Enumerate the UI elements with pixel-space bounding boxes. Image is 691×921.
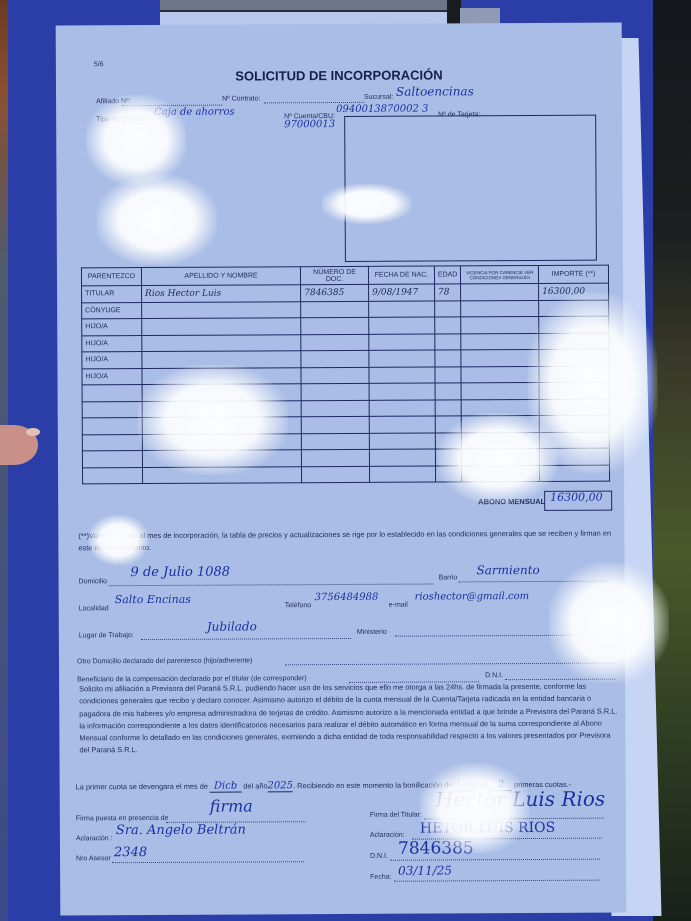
cell-vigencia[interactable] <box>461 366 539 383</box>
fingernail <box>26 428 40 436</box>
clipboard-clip <box>160 0 450 12</box>
titular-label: Firma del Titular: <box>370 812 422 819</box>
col-fecha-nac: FECHA DE NAC. <box>368 266 434 284</box>
presencia-signature[interactable]: firma <box>210 796 253 815</box>
cell-parentezco <box>82 434 142 451</box>
cell-doc[interactable] <box>301 317 369 334</box>
fecha-label: Fecha: <box>370 874 391 881</box>
ministerio-field[interactable] <box>395 635 615 637</box>
presencia-label: Firma puesta en presencia de <box>76 815 169 822</box>
cell-importe[interactable] <box>540 465 610 482</box>
cell-doc[interactable] <box>301 301 369 318</box>
cell-fecha-nac[interactable] <box>369 383 435 400</box>
telefono-label: Teléfono <box>285 602 312 609</box>
cell-fecha-nac[interactable] <box>369 350 435 367</box>
email-label: e-mail <box>389 602 408 609</box>
cell-fecha-nac[interactable] <box>369 400 435 417</box>
localidad-value[interactable]: Salto Encinas <box>115 593 191 606</box>
cell-fecha-nac[interactable] <box>369 466 435 483</box>
ministerio-label: Ministerio <box>357 629 387 636</box>
titular-dni-value[interactable]: 7846385 <box>398 838 474 858</box>
titular-dni-label: D.N.I. <box>370 853 388 860</box>
beneficiario-dni-label: D.N.I. <box>485 672 503 679</box>
cell-doc[interactable] <box>301 367 369 384</box>
aclaracion-asesor-label: Aclaración : <box>76 835 113 842</box>
cell-importe[interactable] <box>539 316 609 333</box>
cell-nombre[interactable] <box>142 433 301 450</box>
cell-vigencia[interactable] <box>461 300 539 317</box>
cell-importe[interactable] <box>539 415 609 432</box>
cell-doc[interactable] <box>301 334 369 351</box>
cell-parentezco: HIJO/A <box>82 352 142 369</box>
fecha-line <box>394 880 600 882</box>
cell-vigencia[interactable] <box>461 283 539 300</box>
legal-text: Solicito mi afiliación a Previsora del P… <box>79 681 619 758</box>
table-row <box>82 465 609 484</box>
cell-parentezco: CÓNYUGE <box>82 302 142 319</box>
price-note: (**)Valor referente al mes de incorporac… <box>78 528 618 555</box>
asesor-value[interactable]: 2348 <box>114 845 147 860</box>
cell-nombre[interactable] <box>142 301 301 318</box>
cell-importe[interactable] <box>539 366 609 383</box>
cell-doc[interactable] <box>301 416 369 433</box>
cell-fecha-nac[interactable] <box>369 416 435 433</box>
cell-nombre[interactable] <box>142 367 301 384</box>
cell-importe[interactable] <box>539 333 609 350</box>
trabajo-value[interactable]: Jubilado <box>207 619 257 633</box>
cell-fecha-nac[interactable]: 9/08/1947 <box>369 284 435 301</box>
cell-parentezco: HIJO/A <box>82 335 142 352</box>
cell-parentezco: HIJO/A <box>82 319 142 336</box>
domicilio-value[interactable]: 9 de Julio 1088 <box>131 565 231 581</box>
cell-importe[interactable]: 16300,00 <box>539 283 609 300</box>
cell-nombre[interactable] <box>142 318 301 335</box>
otro-domicilio-field[interactable] <box>285 663 615 666</box>
cell-nombre[interactable] <box>142 450 301 467</box>
trabajo-line <box>141 638 351 640</box>
cell-nombre[interactable] <box>142 384 301 401</box>
otro-domicilio-label: Otro Domicilio declarado del parentesco … <box>77 657 253 665</box>
cell-edad[interactable] <box>435 366 462 383</box>
titular-dni-line <box>390 859 600 861</box>
card-photo-box <box>344 115 597 262</box>
cell-importe[interactable] <box>539 399 609 416</box>
cell-importe[interactable] <box>539 432 609 449</box>
year-label: del año <box>243 781 267 790</box>
domicilio-label: Domicilio <box>79 578 107 585</box>
cell-parentezco <box>82 418 142 435</box>
first-payment-mid: . Recibiendo en este momento la bonifica… <box>293 780 454 790</box>
cell-vigencia[interactable] <box>461 333 539 350</box>
domicilio-line <box>109 584 434 587</box>
cell-edad[interactable] <box>435 383 462 400</box>
asesor-label: Nro Asesor <box>76 855 111 862</box>
cell-fecha-nac[interactable] <box>369 301 435 318</box>
cell-doc[interactable] <box>302 449 370 466</box>
cell-vigencia[interactable] <box>462 399 540 416</box>
cell-edad[interactable] <box>435 449 462 466</box>
cell-parentezco <box>82 385 142 402</box>
cell-parentezco: HIJO/A <box>82 368 142 385</box>
cuenta-value-line2[interactable]: 97000013 <box>284 119 335 130</box>
cell-nombre[interactable] <box>142 466 301 483</box>
form-title: SOLICITUD DE INCORPORACIÓN <box>56 67 622 85</box>
cell-doc[interactable] <box>301 433 369 450</box>
cell-vigencia[interactable] <box>462 465 540 482</box>
tipo-cuenta-label: Tipo de Cuenta: <box>96 116 146 123</box>
cell-parentezco <box>82 467 142 484</box>
abono-value[interactable]: 16300,00 <box>550 491 603 504</box>
contrato-label: Nº Contrato: <box>222 95 260 102</box>
cell-edad[interactable] <box>435 399 462 416</box>
cell-nombre[interactable] <box>142 351 301 368</box>
cell-nombre[interactable] <box>142 400 301 417</box>
cell-doc[interactable] <box>301 350 369 367</box>
cell-edad[interactable] <box>435 317 462 334</box>
cell-nombre[interactable] <box>142 417 301 434</box>
cell-parentezco <box>82 451 142 468</box>
col-importe: IMPORTE (**) <box>539 265 609 283</box>
aclaracion-asesor-value[interactable]: Sra. Angelo Beltrán <box>116 823 246 839</box>
email-value[interactable]: rioshector@gmail.com <box>415 591 529 603</box>
cell-edad[interactable] <box>435 465 462 482</box>
tipo-cuenta-value[interactable]: Caja de ahorros <box>154 107 235 118</box>
cell-edad[interactable] <box>435 350 462 367</box>
cell-doc[interactable] <box>301 400 369 417</box>
cell-fecha-nac[interactable] <box>369 433 435 450</box>
col-edad: EDAD <box>434 266 461 284</box>
cell-doc[interactable] <box>302 466 370 483</box>
titular-signature[interactable]: Hector Luis Rios <box>436 787 606 812</box>
barrio-value[interactable]: Sarmiento <box>476 563 539 577</box>
barrio-line <box>459 581 609 583</box>
col-nombre: APELLIDO Y NOMBRE <box>141 267 300 286</box>
cell-fecha-nac[interactable] <box>369 367 435 384</box>
page-number: 5/6 <box>94 61 104 68</box>
first-payment-prefix: La primer cuota se devengara el mes de <box>76 782 208 792</box>
first-payment-month[interactable]: Dicb <box>210 781 241 793</box>
cell-doc[interactable]: 7846385 <box>301 284 369 301</box>
cell-fecha-nac[interactable] <box>369 334 435 351</box>
cuenta-value-line1[interactable]: 0940013870002 3 <box>336 104 428 115</box>
cell-importe[interactable] <box>539 382 609 399</box>
telefono-value[interactable]: 3756484988 <box>315 592 379 603</box>
cell-parentezco: TITULAR <box>82 286 142 303</box>
cell-edad[interactable] <box>435 432 462 449</box>
cell-vigencia[interactable] <box>462 415 540 432</box>
barrio-label: Barrio <box>439 574 458 581</box>
cell-vigencia[interactable] <box>462 432 540 449</box>
fecha-value[interactable]: 03/11/25 <box>398 863 452 877</box>
cell-parentezco <box>82 401 142 418</box>
cell-vigencia[interactable] <box>462 448 540 465</box>
family-table: PARENTEZCO APELLIDO Y NOMBRE NÚMERO DE D… <box>81 265 610 485</box>
cell-fecha-nac[interactable] <box>369 449 435 466</box>
trabajo-label: Lugar de Trabajo: <box>79 632 134 639</box>
sucursal-value[interactable]: Saltoencinas <box>396 84 474 98</box>
cell-edad[interactable]: 78 <box>434 284 461 301</box>
col-vigencia: VIGENCIA POR CARENCIE VER CONDICIONES GE… <box>461 265 539 283</box>
cell-edad[interactable] <box>435 300 462 317</box>
cell-doc[interactable] <box>301 383 369 400</box>
application-form: 5/6 SOLICITUD DE INCORPORACIÓN Afiliado … <box>56 23 627 916</box>
cell-nombre[interactable] <box>142 334 301 351</box>
cell-vigencia[interactable] <box>461 316 539 333</box>
cell-importe[interactable] <box>539 349 609 366</box>
sucursal-label: Sucursal: <box>364 94 393 101</box>
aclaracion-titular-value[interactable]: HETOR LUIS RIOS <box>420 820 555 837</box>
cell-edad[interactable] <box>435 416 462 433</box>
cell-vigencia[interactable] <box>461 382 539 399</box>
asesor-line <box>112 861 304 863</box>
localidad-label: Localidad <box>79 605 109 612</box>
cell-nombre[interactable]: Rios Hector Luis <box>141 285 300 302</box>
col-doc: NÚMERO DE DOC. <box>301 266 369 284</box>
cell-importe[interactable] <box>539 300 609 317</box>
cell-edad[interactable] <box>435 333 462 350</box>
col-parentezco: PARENTEZCO <box>81 268 141 286</box>
light-flare <box>96 175 216 266</box>
cell-fecha-nac[interactable] <box>369 317 435 334</box>
cell-importe[interactable] <box>540 448 610 465</box>
cell-vigencia[interactable] <box>461 349 539 366</box>
abono-label: ABONO MENSUAL <box>478 497 545 506</box>
first-payment-year[interactable]: 2025 <box>268 780 294 792</box>
